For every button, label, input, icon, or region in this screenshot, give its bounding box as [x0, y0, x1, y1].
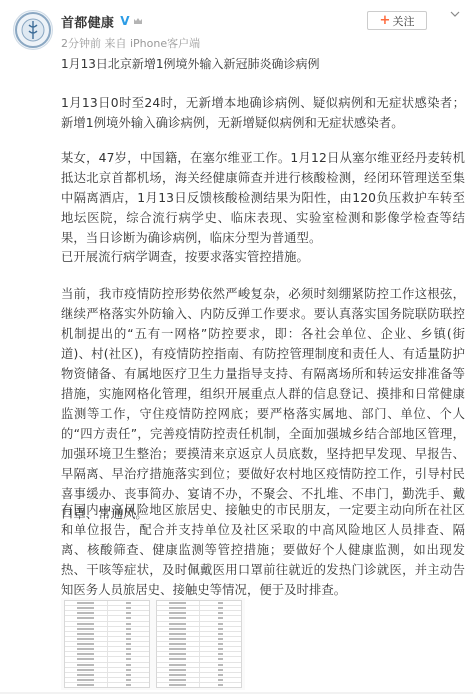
table-cell — [65, 678, 107, 682]
table-left — [64, 600, 150, 688]
table-cell — [107, 663, 150, 667]
blue-v-verified-icon: V — [120, 14, 129, 28]
table-cell — [199, 683, 242, 687]
table-cell — [107, 657, 150, 661]
author-name-row: 首都健康 V — [61, 12, 143, 30]
table-cell — [107, 637, 150, 641]
table-cell — [199, 601, 242, 605]
table-cell — [157, 647, 199, 651]
table-cell — [65, 647, 107, 651]
table-cell — [65, 627, 107, 631]
table-cell — [199, 673, 242, 677]
table-row — [65, 683, 149, 687]
table-cell — [199, 637, 242, 641]
table-cell — [107, 632, 150, 636]
table-cell — [107, 601, 150, 605]
health-seal-icon — [14, 11, 52, 49]
table-cell — [107, 668, 150, 672]
table-cell — [65, 616, 107, 620]
table-cell — [157, 622, 199, 626]
table-cell — [199, 627, 242, 631]
table-cell — [107, 678, 150, 682]
table-row — [157, 683, 241, 687]
table-cell — [199, 668, 242, 672]
attached-table-image[interactable] — [61, 598, 245, 690]
table-cell — [65, 606, 107, 610]
follow-label: 关注 — [392, 13, 414, 29]
table-cell — [199, 632, 242, 636]
table-cell — [107, 611, 150, 615]
table-cell — [65, 632, 107, 636]
table-cell — [65, 657, 107, 661]
table-cell — [65, 611, 107, 615]
table-cell — [157, 683, 199, 687]
table-cell — [65, 683, 107, 687]
table-cell — [107, 652, 150, 656]
table-cell — [65, 601, 107, 605]
table-cell — [157, 663, 199, 667]
table-cell — [65, 668, 107, 672]
table-cell — [199, 622, 242, 626]
table-cell — [65, 652, 107, 656]
paragraph-case-detail: 某女，47岁，中国籍，在塞尔维亚工作。1月12日从塞尔维亚经丹麦转机抵达北京首都… — [61, 148, 465, 248]
table-cell — [157, 657, 199, 661]
table-cell — [157, 627, 199, 631]
paragraph-prevention: 当前，我市疫情防控形势依然严峻复杂，必须时刻绷紧防控工作这根弦，继续严格落实外防… — [61, 284, 465, 524]
table-cell — [199, 606, 242, 610]
table-cell — [107, 673, 150, 677]
table-cell — [157, 642, 199, 646]
table-cell — [199, 647, 242, 651]
table-cell — [107, 616, 150, 620]
table-cell — [199, 611, 242, 615]
paragraph-summary: 1月13日0时至24时，无新增本地确诊病例、疑似病例和无症状感染者；新增1例境外… — [61, 93, 465, 133]
table-cell — [107, 642, 150, 646]
table-cell — [107, 647, 150, 651]
table-cell — [157, 601, 199, 605]
table-cell — [157, 606, 199, 610]
follow-button[interactable]: + 关注 — [367, 11, 427, 30]
table-cell — [199, 663, 242, 667]
post-meta: 2分钟前 来自 iPhone客户端 — [61, 35, 200, 51]
table-cell — [65, 642, 107, 646]
table-cell — [199, 657, 242, 661]
table-cell — [107, 683, 150, 687]
table-cell — [157, 632, 199, 636]
table-cell — [199, 642, 242, 646]
table-cell — [107, 606, 150, 610]
plus-icon: + — [380, 14, 391, 27]
table-cell — [107, 622, 150, 626]
crown-badge-icon — [133, 16, 143, 26]
table-cell — [65, 673, 107, 677]
table-cell — [65, 637, 107, 641]
table-cell — [157, 611, 199, 615]
table-cell — [157, 673, 199, 677]
author-avatar[interactable] — [13, 10, 53, 50]
chevron-down-icon[interactable] — [450, 10, 460, 18]
paragraph-investigation: 已开展流行病学调查，按要求落实管控措施。 — [61, 247, 465, 267]
table-cell — [157, 678, 199, 682]
table-cell — [157, 616, 199, 620]
author-name[interactable]: 首都健康 — [61, 12, 114, 31]
table-cell — [199, 616, 242, 620]
table-cell — [65, 663, 107, 667]
table-cell — [107, 627, 150, 631]
paragraph-advice: 有国内中高风险地区旅居史、接触史的市民朋友，一定要主动向所在社区和单位报告，配合… — [61, 500, 465, 600]
table-cell — [157, 652, 199, 656]
table-cell — [65, 622, 107, 626]
table-right — [156, 600, 242, 688]
table-cell — [199, 678, 242, 682]
table-cell — [157, 668, 199, 672]
table-cell — [157, 637, 199, 641]
post-headline: 1月13日北京新增1例境外输入新冠肺炎确诊病例 — [61, 55, 320, 72]
table-cell — [199, 652, 242, 656]
